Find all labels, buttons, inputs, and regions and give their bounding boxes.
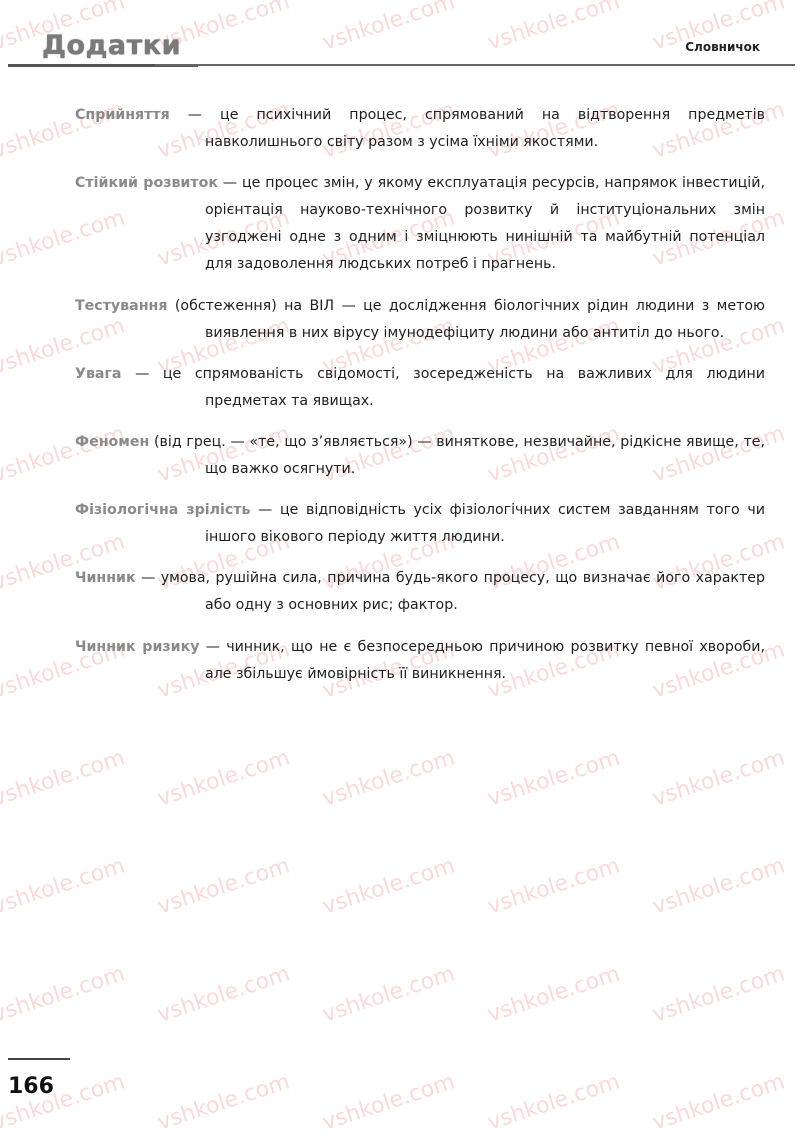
glossary-term: Тестування <box>75 298 167 314</box>
header-rule <box>155 64 795 66</box>
glossary-definition: — чинник, що не є безпосередньою причино… <box>199 639 765 682</box>
glossary-entry: Чинник — умова, рушійна сила, причина бу… <box>75 565 765 619</box>
watermark-text: vshkole.com <box>0 745 128 811</box>
glossary-definition: — це відповідність усіх фізіологічних си… <box>205 502 765 545</box>
glossary-definition: — це процес змін, у якому експлуатація р… <box>205 175 765 272</box>
watermark-text: vshkole.com <box>155 961 293 1027</box>
glossary-term: Чинник <box>75 570 136 586</box>
glossary-entry: Феномен (від грец. — «те, що з’являється… <box>75 429 765 483</box>
watermark-text: vshkole.com <box>485 1069 623 1135</box>
section-label: Словничок <box>685 40 760 54</box>
watermark-text: vshkole.com <box>650 961 788 1027</box>
glossary-entry: Чинник ризику — чинник, що не є безпосер… <box>75 634 765 688</box>
watermark-text: vshkole.com <box>485 745 623 811</box>
section-title: Додатки <box>42 30 181 61</box>
glossary-definition: — це спрямованість свідомості, зосередже… <box>121 366 765 409</box>
watermark-text: vshkole.com <box>320 853 458 919</box>
watermark-text: vshkole.com <box>650 1069 788 1135</box>
watermark-text: vshkole.com <box>485 853 623 919</box>
glossary-definition: — умова, рушійна сила, причина будь-яког… <box>136 570 765 613</box>
page-number: 166 <box>8 1074 54 1099</box>
watermark-text: vshkole.com <box>155 853 293 919</box>
watermark-text: vshkole.com <box>650 745 788 811</box>
glossary-definition: (обстеження) на ВІЛ — це дослідження біо… <box>167 298 765 341</box>
watermark-text: vshkole.com <box>485 961 623 1027</box>
glossary-entry: Сприйняття — це психічний процес, спрямо… <box>75 102 765 156</box>
watermark-text: vshkole.com <box>155 745 293 811</box>
watermark-text: vshkole.com <box>320 1069 458 1135</box>
glossary-definition: (від грец. — «те, що з’являється») — вин… <box>149 434 765 477</box>
footer-rule <box>8 1058 70 1060</box>
glossary-definition: — це психічний процес, спрямований на ві… <box>170 107 765 150</box>
glossary-term: Увага <box>75 366 121 382</box>
watermark-text: vshkole.com <box>0 853 128 919</box>
watermark-text: vshkole.com <box>155 1069 293 1135</box>
glossary-term: Стійкий розвиток <box>75 175 218 191</box>
glossary-entry: Стійкий розвиток — це процес змін, у яко… <box>75 170 765 278</box>
glossary-entry: Увага — це спрямованість свідомості, зос… <box>75 361 765 415</box>
glossary-term: Чинник ризику <box>75 639 199 655</box>
glossary-entry: Фізіологічна зрілість — це відповідність… <box>75 497 765 551</box>
watermark-text: vshkole.com <box>650 853 788 919</box>
glossary-term: Сприйняття <box>75 107 170 123</box>
glossary-entry: Тестування (обстеження) на ВІЛ — це досл… <box>75 293 765 347</box>
watermark-text: vshkole.com <box>320 961 458 1027</box>
page-header: Додатки Словничок <box>0 20 800 70</box>
watermark-text: vshkole.com <box>320 745 458 811</box>
glossary-term: Феномен <box>75 434 149 450</box>
watermark-text: vshkole.com <box>0 961 128 1027</box>
glossary-list: Сприйняття — це психічний процес, спрямо… <box>75 88 765 695</box>
glossary-term: Фізіологічна зрілість <box>75 502 251 518</box>
